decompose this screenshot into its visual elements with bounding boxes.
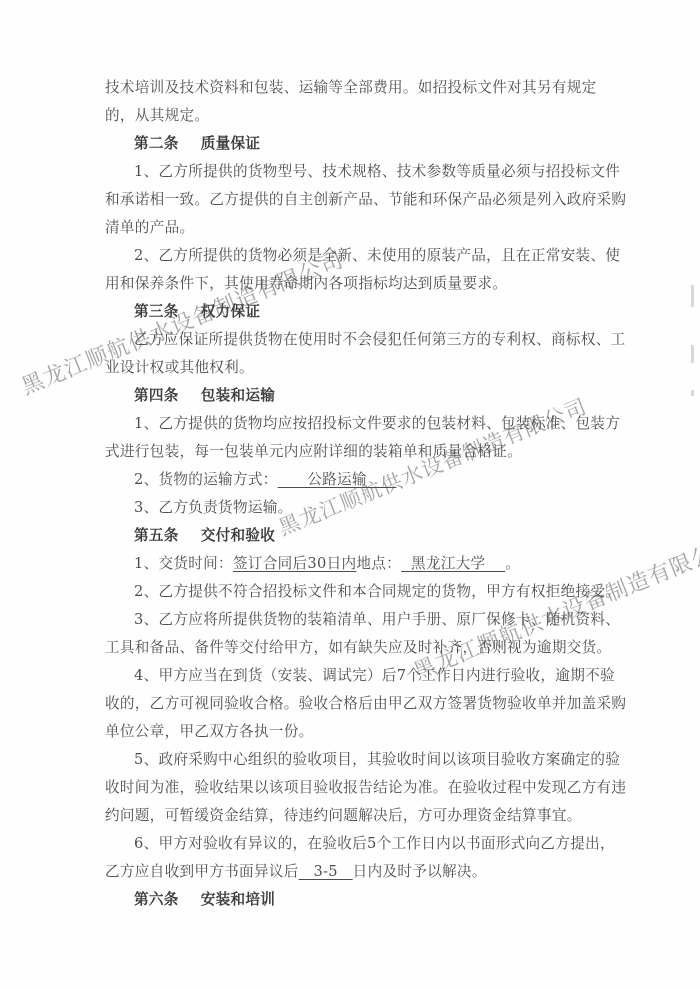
paragraph-line: 约问题，可暂缓资金结算，待违约问题解决后，方可办理资金结算事宜。 <box>105 802 580 830</box>
article-number: 第二条 <box>134 135 179 152</box>
paragraph-line: 单位公章，甲乙双方各执一份。 <box>105 718 580 746</box>
field-label: 地点： <box>356 555 401 572</box>
paragraph-line: 的，从其规定。 <box>105 102 580 130</box>
objection-resolution-line: 乙方应自收到甲方书面异议后 3-5 日内及时予以解决。 <box>105 858 580 886</box>
paragraph-line: 乙方应保证所提供货物在使用时不会侵犯任何第三方的专利权、商标权、工 <box>105 326 580 354</box>
article-number: 第三条 <box>134 303 179 320</box>
scan-edge-mark <box>691 345 694 363</box>
line-suffix: 日内及时予以解决。 <box>353 863 487 880</box>
paragraph-line: 2、乙方提供不符合招投标文件和本合同规定的货物，甲方有权拒绝接受。 <box>105 578 580 606</box>
article-title: 质量保证 <box>201 135 261 152</box>
paragraph-line: 3、乙方负责货物运输。 <box>105 494 580 522</box>
paragraph-line: 用和保养条件下，其使用寿命期内各项指标均达到质量要求。 <box>105 270 580 298</box>
paragraph-line: 业设计权或其他权利。 <box>105 354 580 382</box>
paragraph-line: 2、乙方所提供的货物必须是全新、未使用的原装产品，且在正常安装、使 <box>105 242 580 270</box>
paragraph-line: 1、乙方所提供的货物型号、技术规格、技术参数等质量必须与招投标文件 <box>105 158 580 186</box>
delivery-place-value: 黑龙江大学 <box>401 555 505 572</box>
field-label: 1、交货时间： <box>134 555 233 572</box>
section-heading-article-5: 第五条交付和验收 <box>105 522 580 550</box>
paragraph-line: 收的，乙方可视同验收合格。验收合格后由甲乙双方签署货物验收单并加盖采购 <box>105 690 580 718</box>
paragraph-line: 1、乙方提供的货物均应按招投标文件要求的包装材料、包装标准、包装方 <box>105 410 580 438</box>
paragraph-line: 技术培训及技术资料和包装、运输等全部费用。如招投标文件对其另有规定 <box>105 74 580 102</box>
paragraph-line: 4、甲方应当在到货（安装、调试完）后7个工作日内进行验收，逾期不验 <box>105 662 580 690</box>
article-number: 第六条 <box>134 891 179 908</box>
field-label: 2、货物的运输方式： <box>134 471 278 488</box>
contract-body: 技术培训及技术资料和包装、运输等全部费用。如招投标文件对其另有规定 的，从其规定… <box>105 74 580 914</box>
transport-method-line: 2、货物的运输方式： 公路运输 <box>105 466 580 494</box>
paragraph-line: 5、政府采购中心组织的验收项目，其验收时间以该项目验收方案确定的验 <box>105 746 580 774</box>
scan-edge-mark <box>691 285 694 307</box>
paragraph-line: 清单的产品。 <box>105 214 580 242</box>
paragraph-line: 和承诺相一致。乙方提供的自主创新产品、节能和环保产品必须是列入政府采购 <box>105 186 580 214</box>
delivery-time-place-line: 1、交货时间：签订合同后30日内地点： 黑龙江大学 。 <box>105 550 580 578</box>
transport-method-value: 公路运输 <box>278 471 397 488</box>
section-heading-article-4: 第四条包装和运输 <box>105 382 580 410</box>
resolution-days-value: 3-5 <box>299 863 353 880</box>
field-label: 乙方应自收到甲方书面异议后 <box>105 863 299 880</box>
article-title: 交付和验收 <box>201 527 275 544</box>
line-suffix: 。 <box>505 555 520 572</box>
paragraph-line: 6、甲方对验收有异议的，在验收后5个工作日内以书面形式向乙方提出， <box>105 830 580 858</box>
scan-edge-mark <box>691 390 694 396</box>
article-number: 第四条 <box>134 387 179 404</box>
article-title: 包装和运输 <box>201 387 275 404</box>
section-heading-article-2: 第二条质量保证 <box>105 130 580 158</box>
paragraph-line: 工具和备品、备件等交付给甲方，如有缺失应及时补齐，否则视为逾期交货。 <box>105 634 580 662</box>
paragraph-line: 收时间为准，验收结果以该项目验收报告结论为准。在验收过程中发现乙方有违 <box>105 774 580 802</box>
section-heading-article-3: 第三条权力保证 <box>105 298 580 326</box>
paragraph-line: 3、乙方应将所提供货物的装箱清单、用户手册、原厂保修卡、随机资料、 <box>105 606 580 634</box>
article-title: 权力保证 <box>201 303 261 320</box>
paragraph-line: 式进行包装，每一包装单元内应附详细的装箱单和质量合格证。 <box>105 438 580 466</box>
article-number: 第五条 <box>134 527 179 544</box>
section-heading-article-6: 第六条安装和培训 <box>105 886 580 914</box>
article-title: 安装和培训 <box>201 891 275 908</box>
delivery-time-value: 签订合同后30日内 <box>233 555 356 572</box>
scanned-page: 技术培训及技术资料和包装、运输等全部费用。如招投标文件对其另有规定 的，从其规定… <box>0 0 700 989</box>
